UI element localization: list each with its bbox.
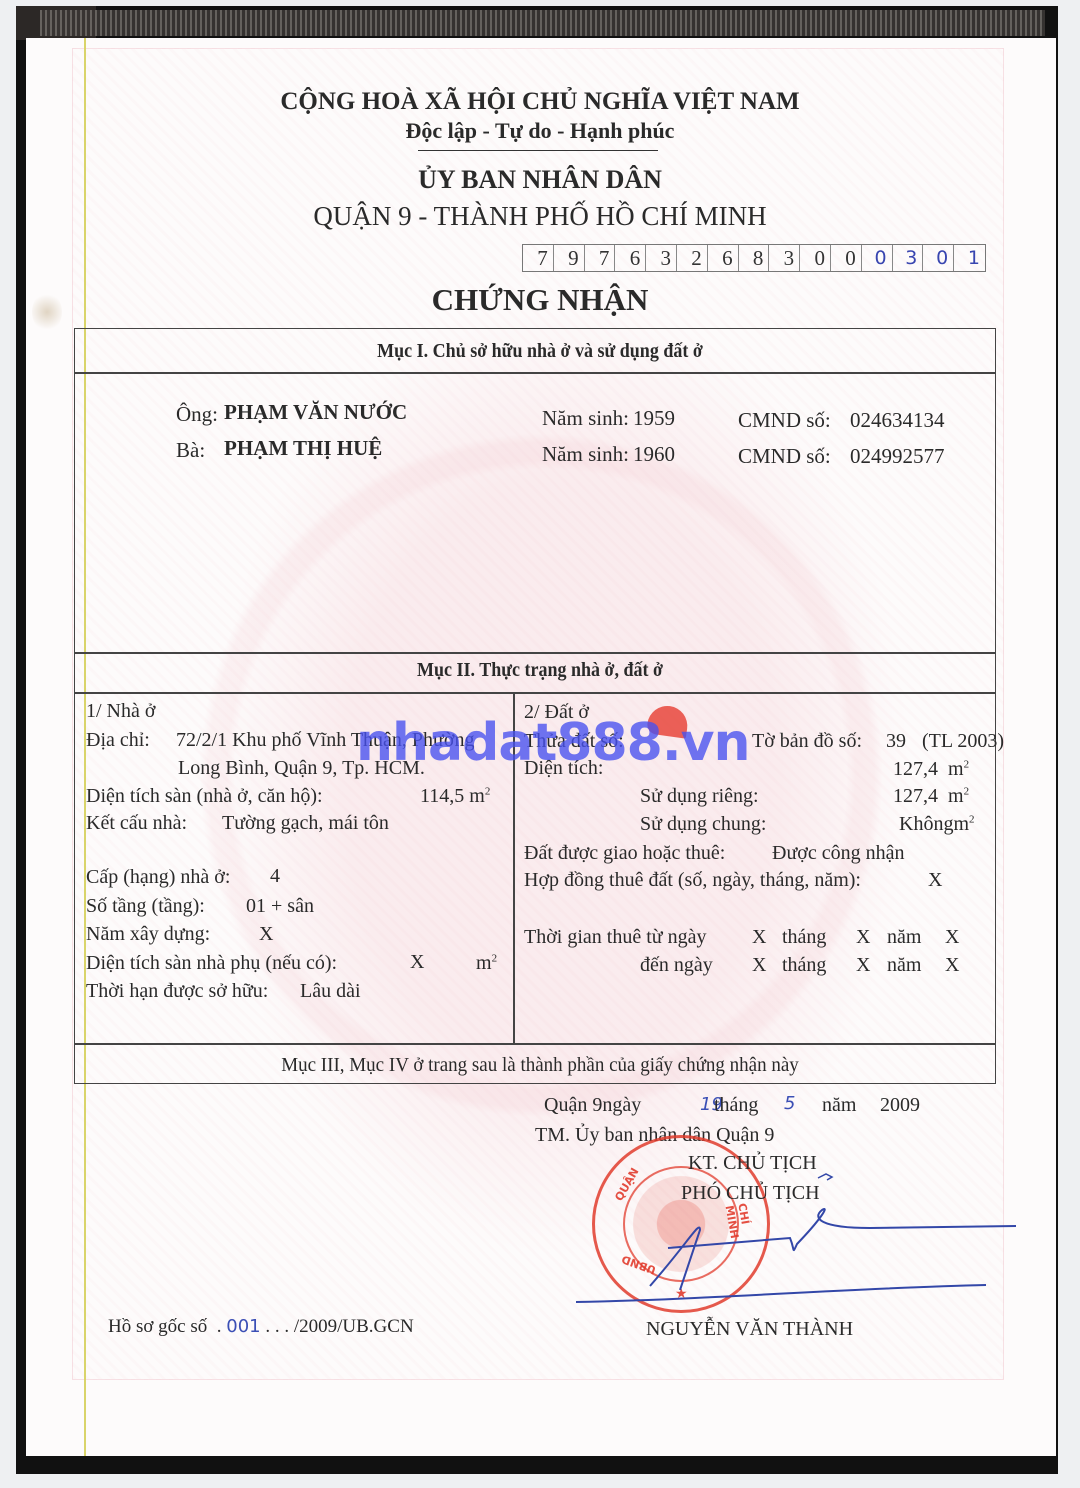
- district-title: QUẬN 9 - THÀNH PHỐ HỒ CHÍ MINH: [0, 201, 1080, 232]
- star-icon: ★: [675, 1286, 688, 1303]
- owner-2-id: 024992577: [850, 444, 945, 469]
- serial-digit: 0: [831, 245, 862, 271]
- record-label: Hồ sơ gốc số: [108, 1316, 207, 1337]
- owner-2-name: PHẠM THỊ HUỆ: [224, 436, 382, 461]
- lease-from-year: X: [945, 926, 959, 949]
- serial-digit: 0: [800, 245, 831, 271]
- floor-area-value: 114,5 m2: [420, 785, 490, 808]
- allocation-label: Đất được giao hoặc thuê:: [524, 842, 725, 865]
- map-sheet-value: 39: [886, 730, 906, 753]
- serial-digit: 2: [677, 245, 708, 271]
- section1-title: Mục I. Chủ sở hữu nhà ở và sử dụng đất ở: [54, 340, 1026, 363]
- certificate-title: CHỨNG NHẬN: [0, 282, 1080, 318]
- lease-from-label: Thời gian thuê từ ngày: [524, 926, 707, 949]
- year-built-label: Năm xây dựng:: [86, 923, 210, 946]
- grade-value: 4: [270, 865, 280, 888]
- private-use-value: 127,4 m2: [893, 785, 969, 808]
- map-sheet-note: (TL 2003): [922, 730, 1004, 753]
- owner-1-id-label: CMND số:: [738, 408, 831, 433]
- lease-to-label: đến ngày: [640, 954, 713, 977]
- date-prefix: Quận 9ngày: [544, 1094, 641, 1117]
- signer-name: NGUYỄN VĂN THÀNH: [646, 1318, 853, 1341]
- owner-1-birth-label: Năm sinh:: [542, 406, 629, 431]
- shared-use-label: Sử dụng chung:: [640, 813, 766, 836]
- serial-digit: 0: [923, 245, 954, 271]
- owner-2-birth-label: Năm sinh:: [542, 442, 629, 467]
- lease-to-year: X: [945, 954, 959, 977]
- binding-strip: [40, 10, 1045, 36]
- lease-to-day: X: [752, 954, 766, 977]
- serial-digit: 3: [769, 245, 800, 271]
- floor-area-label: Diện tích sàn (nhà ở, căn hộ):: [86, 785, 323, 808]
- private-use-label: Sử dụng riêng:: [640, 785, 759, 808]
- owner-1-id: 024634134: [850, 408, 945, 433]
- aux-area-unit: m2: [476, 952, 497, 975]
- area-value: 127,4 m2: [893, 758, 969, 781]
- motto-underline: [418, 150, 658, 151]
- serial-digit: 0: [862, 245, 893, 271]
- owner-1-birth-year: 1959: [633, 406, 675, 431]
- owner-2-birth-year: 1960: [633, 442, 675, 467]
- lease-contract-value: X: [928, 869, 942, 892]
- lease-to-month-label: tháng: [782, 954, 826, 977]
- serial-digit: 6: [615, 245, 646, 271]
- record-number-handwritten: 001: [226, 1316, 260, 1337]
- signer-role-1: KT. CHỦ TỊCH: [688, 1152, 817, 1175]
- serial-digit: 6: [708, 245, 739, 271]
- section2-title: Mục II. Thực trạng nhà ở, đất ở: [54, 659, 1026, 682]
- map-sheet-label: Tờ bản đồ số:: [752, 730, 862, 753]
- record-suffix: . . . /2009/UB.GCN: [265, 1316, 413, 1337]
- section3-divider: [74, 1043, 996, 1045]
- section2-divider: [74, 692, 996, 694]
- owner-1-name: PHẠM VĂN NƯỚC: [224, 400, 407, 425]
- owner-2-prefix: Bà:: [176, 438, 205, 463]
- year-built-value: X: [259, 923, 273, 946]
- serial-digit: 7: [523, 245, 554, 271]
- address-label: Địa chỉ:: [86, 729, 150, 752]
- floors-value: 01 + sân: [246, 895, 314, 918]
- authority-title: ỦY BAN NHÂN DÂN: [0, 165, 1080, 195]
- serial-digit: 3: [646, 245, 677, 271]
- serial-digit: 9: [554, 245, 585, 271]
- structure-label: Kết cấu nhà:: [86, 812, 187, 835]
- house-heading: 1/ Nhà ở: [86, 700, 155, 723]
- owner-1-prefix: Ông:: [176, 402, 218, 427]
- serial-digit: 3: [893, 245, 924, 271]
- serial-digit: 1: [954, 245, 985, 271]
- date-month-label: tháng: [714, 1094, 758, 1117]
- lease-from-year-label: năm: [887, 926, 921, 949]
- watermark: nhadat888.vn: [356, 715, 750, 771]
- structure-value: Tường gạch, mái tôn: [222, 812, 389, 835]
- owner-2-id-label: CMND số:: [738, 444, 831, 469]
- date-month: 5: [784, 1093, 795, 1114]
- serial-digit: 7: [585, 245, 616, 271]
- republic-title: CỘNG HOÀ XÃ HỘI CHỦ NGHĨA VIỆT NAM: [0, 88, 1080, 116]
- lease-to-month: X: [856, 954, 870, 977]
- lease-to-year-label: năm: [887, 954, 921, 977]
- lease-from-month: X: [856, 926, 870, 949]
- aux-area-label: Diện tích sàn nhà phụ (nếu có):: [86, 952, 337, 975]
- date-year: 2009: [880, 1094, 920, 1117]
- aux-area-value: X: [410, 951, 424, 974]
- serial-number-box: 797632683000301: [522, 244, 986, 272]
- grade-label: Cấp (hạng) nhà ở:: [86, 866, 230, 889]
- section1-divider: [74, 372, 996, 374]
- lease-from-month-label: tháng: [782, 926, 826, 949]
- ownership-term-value: Lâu dài: [300, 980, 361, 1003]
- shared-use-value: Khôngm2: [899, 813, 975, 836]
- signer-role-2: PHÓ CHỦ TỊCH: [681, 1182, 820, 1205]
- ownership-term-label: Thời hạn được sở hữu:: [86, 980, 268, 1003]
- lease-contract-label: Hợp đồng thuê đất (số, ngày, tháng, năm)…: [524, 869, 861, 892]
- section3-note: Mục III, Mục IV ở trang sau là thành phầ…: [27, 1054, 1053, 1077]
- allocation-value: Được công nhận: [772, 842, 905, 865]
- lease-from-day: X: [752, 926, 766, 949]
- section1-frame: [74, 328, 996, 654]
- motto: Độc lập - Tự do - Hạnh phúc: [0, 118, 1080, 144]
- date-year-label: năm: [822, 1094, 856, 1117]
- record-number: Hồ sơ gốc số . 001 . . . /2009/UB.GCN: [108, 1316, 414, 1338]
- serial-digit: 8: [739, 245, 770, 271]
- floors-label: Số tầng (tầng):: [86, 895, 205, 918]
